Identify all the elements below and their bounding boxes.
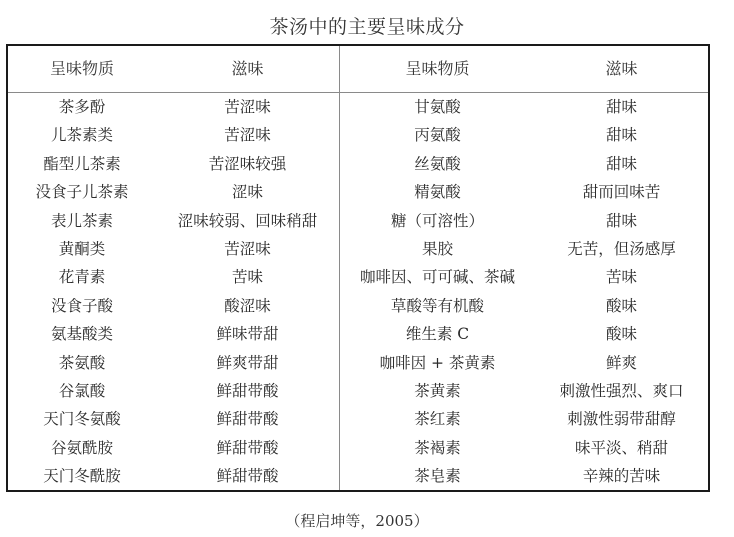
substance-cell: 黄酮类 [8,235,156,263]
substance-cell: 天门冬酰胺 [8,462,156,490]
taste-cell: 味平淡、稍甜 [535,434,708,462]
substance-cell: 茶褐素 [340,434,535,462]
header-taste-right: 滋味 [535,46,708,92]
taste-cell: 酸味 [535,320,708,348]
substance-cell: 茶氨酸 [8,349,156,377]
table-row: 表儿茶素 涩味较弱、回味稍甜 糖（可溶性） 甜味 [8,207,708,235]
source-citation: （程启坤等，2005） [0,510,714,531]
header-taste-left: 滋味 [156,46,339,92]
substance-cell: 谷氯酸 [8,377,156,405]
table-row: 茶多酚 苦涩味 甘氨酸 甜味 [8,93,708,121]
taste-components-table: 呈味物质 滋味 呈味物质 滋味 茶多酚 苦涩味 甘氨酸 甜味 儿茶素类 苦涩味 … [6,44,710,492]
table-row: 儿茶素类 苦涩味 丙氨酸 甜味 [8,121,708,149]
table-row: 酯型儿茶素 苦涩味较强 丝氨酸 甜味 [8,150,708,178]
table-header-row: 呈味物质 滋味 呈味物质 滋味 [8,46,708,93]
table-row: 谷氯酸 鲜甜带酸 茶黄素 刺激性强烈、爽口 [8,377,708,405]
taste-cell: 无苦，但汤感厚 [535,235,708,263]
taste-cell: 甜味 [535,121,708,149]
taste-cell: 涩味 [156,178,339,206]
taste-cell: 甜味 [535,93,708,121]
table-row: 茶氨酸 鲜爽带甜 咖啡因 + 茶黄素 鲜爽 [8,349,708,377]
substance-cell: 没食子儿茶素 [8,178,156,206]
substance-cell: 茶多酚 [8,93,156,121]
substance-cell: 儿茶素类 [8,121,156,149]
substance-cell: 甘氨酸 [340,93,535,121]
header-substance-left: 呈味物质 [8,46,156,92]
taste-cell: 苦涩味 [156,235,339,263]
taste-cell: 鲜甜带酸 [156,434,339,462]
substance-cell: 没食子酸 [8,292,156,320]
substance-cell: 谷氨酰胺 [8,434,156,462]
table-title: 茶汤中的主要呈味成分 [0,12,734,39]
substance-cell: 氨基酸类 [8,320,156,348]
taste-cell: 苦味 [535,263,708,291]
table-row: 天门冬酰胺 鲜甜带酸 茶皂素 辛辣的苦味 [8,462,708,490]
table-row: 黄酮类 苦涩味 果胶 无苦，但汤感厚 [8,235,708,263]
substance-cell: 茶红素 [340,405,535,433]
table-body: 茶多酚 苦涩味 甘氨酸 甜味 儿茶素类 苦涩味 丙氨酸 甜味 酯型儿茶素 苦涩味… [8,93,708,490]
taste-cell: 鲜甜带酸 [156,405,339,433]
taste-cell: 甜而回味苦 [535,178,708,206]
substance-cell: 天门冬氨酸 [8,405,156,433]
substance-cell: 精氨酸 [340,178,535,206]
substance-cell: 糖（可溶性） [340,207,535,235]
taste-cell: 刺激性强烈、爽口 [535,377,708,405]
taste-cell: 鲜爽带甜 [156,349,339,377]
taste-cell: 苦涩味 [156,121,339,149]
taste-cell: 涩味较弱、回味稍甜 [156,207,339,235]
substance-cell: 花青素 [8,263,156,291]
table-row: 没食子酸 酸涩味 草酸等有机酸 酸味 [8,292,708,320]
substance-cell: 咖啡因 + 茶黄素 [340,349,535,377]
header-substance-right: 呈味物质 [340,46,535,92]
taste-cell: 苦涩味较强 [156,150,339,178]
substance-cell: 茶黄素 [340,377,535,405]
substance-cell: 茶皂素 [340,462,535,490]
table-row: 花青素 苦味 咖啡因、可可碱、茶碱 苦味 [8,263,708,291]
taste-cell: 刺激性弱带甜醇 [535,405,708,433]
substance-cell: 丙氨酸 [340,121,535,149]
taste-cell: 甜味 [535,207,708,235]
taste-cell: 鲜甜带酸 [156,377,339,405]
substance-cell: 丝氨酸 [340,150,535,178]
taste-cell: 苦味 [156,263,339,291]
table-row: 谷氨酰胺 鲜甜带酸 茶褐素 味平淡、稍甜 [8,434,708,462]
substance-cell: 维生素 C [340,320,535,348]
table-row: 天门冬氨酸 鲜甜带酸 茶红素 刺激性弱带甜醇 [8,405,708,433]
taste-cell: 酸涩味 [156,292,339,320]
substance-cell: 酯型儿茶素 [8,150,156,178]
substance-cell: 草酸等有机酸 [340,292,535,320]
taste-cell: 鲜爽 [535,349,708,377]
substance-cell: 果胶 [340,235,535,263]
table-row: 氨基酸类 鲜味带甜 维生素 C 酸味 [8,320,708,348]
taste-cell: 辛辣的苦味 [535,462,708,490]
taste-cell: 甜味 [535,150,708,178]
taste-cell: 酸味 [535,292,708,320]
taste-cell: 鲜甜带酸 [156,462,339,490]
substance-cell: 表儿茶素 [8,207,156,235]
taste-cell: 苦涩味 [156,93,339,121]
substance-cell: 咖啡因、可可碱、茶碱 [340,263,535,291]
table-row: 没食子儿茶素 涩味 精氨酸 甜而回味苦 [8,178,708,206]
taste-cell: 鲜味带甜 [156,320,339,348]
